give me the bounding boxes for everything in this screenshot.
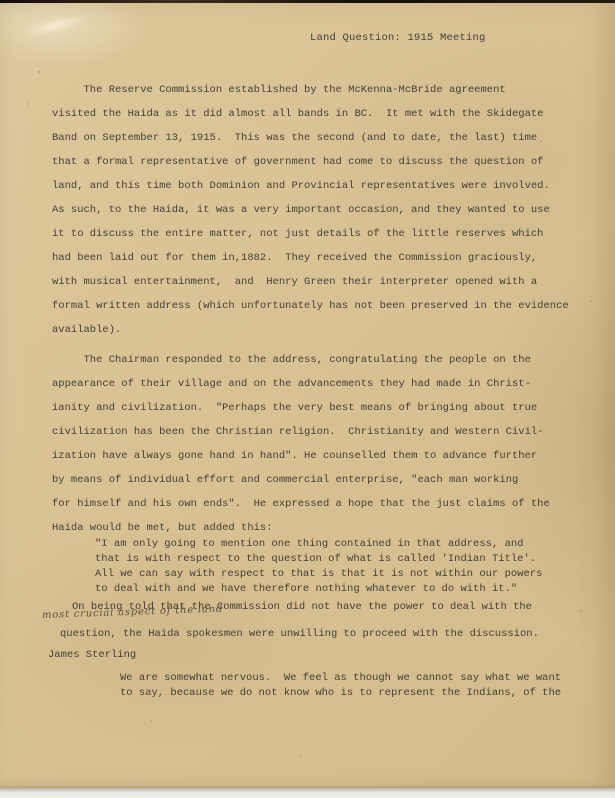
text-line: ization have always gone hand in hand". … [52, 444, 550, 468]
text-line: to say, because we do not know who is to… [120, 686, 561, 701]
text-line: that is with respect to the question of … [95, 552, 542, 567]
text-line: We are somewhat nervous. We feel as thou… [120, 671, 561, 686]
text-line: appearance of their village and on the a… [52, 372, 550, 396]
closing-line-2: question, the Haida spokesmen were unwil… [60, 627, 539, 641]
paragraph-chairman-response: The Chairman responded to the address, c… [52, 348, 550, 540]
scan-edge-bottom [0, 788, 615, 798]
text-line: The Chairman responded to the address, c… [52, 348, 550, 372]
text-line: land, and this time both Dominion and Pr… [52, 174, 569, 198]
text-line: by means of individual effort and commer… [52, 468, 550, 492]
text-line: visited the Haida as it did almost all b… [52, 102, 569, 126]
text-line: with musical entertainment, and Henry Gr… [52, 270, 569, 294]
paragraph-reserve-commission: The Reserve Commission established by th… [52, 78, 569, 342]
document-page: Land Question: 1915 Meeting The Reserve … [0, 0, 615, 798]
text-line: available). [52, 318, 569, 342]
text-line: it to discuss the entire matter, not jus… [52, 222, 569, 246]
text-line: that a formal representative of governme… [52, 150, 569, 174]
text-line: As such, to the Haida, it was a very imp… [52, 198, 569, 222]
scan-edge-top [0, 0, 615, 3]
text-line: Band on September 13, 1915. This was the… [52, 126, 569, 150]
paper-crease [11, 0, 107, 50]
text-line: civilization has been the Christian reli… [52, 420, 550, 444]
text-line: to deal with and we have therefore nothi… [95, 582, 542, 597]
document-title: Land Question: 1915 Meeting [310, 31, 486, 45]
text-line: All we can say with respect to that is t… [95, 567, 542, 582]
blockquote-indian-title: "I am only going to mention one thing co… [95, 537, 542, 597]
text-line: formal written address (which unfortunat… [52, 294, 569, 318]
text-line: ianity and civilization. "Perhaps the ve… [52, 396, 550, 420]
text-line: "I am only going to mention one thing co… [95, 537, 542, 552]
handwritten-annotation: most crucial aspect of the land [42, 604, 224, 621]
speaker-name: James Sterling [48, 648, 136, 662]
text-line: had been laid out for them in,1882. They… [52, 246, 569, 270]
text-line: for himself and his own ends". He expres… [52, 492, 550, 516]
blockquote-james-sterling: We are somewhat nervous. We feel as thou… [120, 671, 561, 701]
text-line: The Reserve Commission established by th… [52, 78, 569, 102]
